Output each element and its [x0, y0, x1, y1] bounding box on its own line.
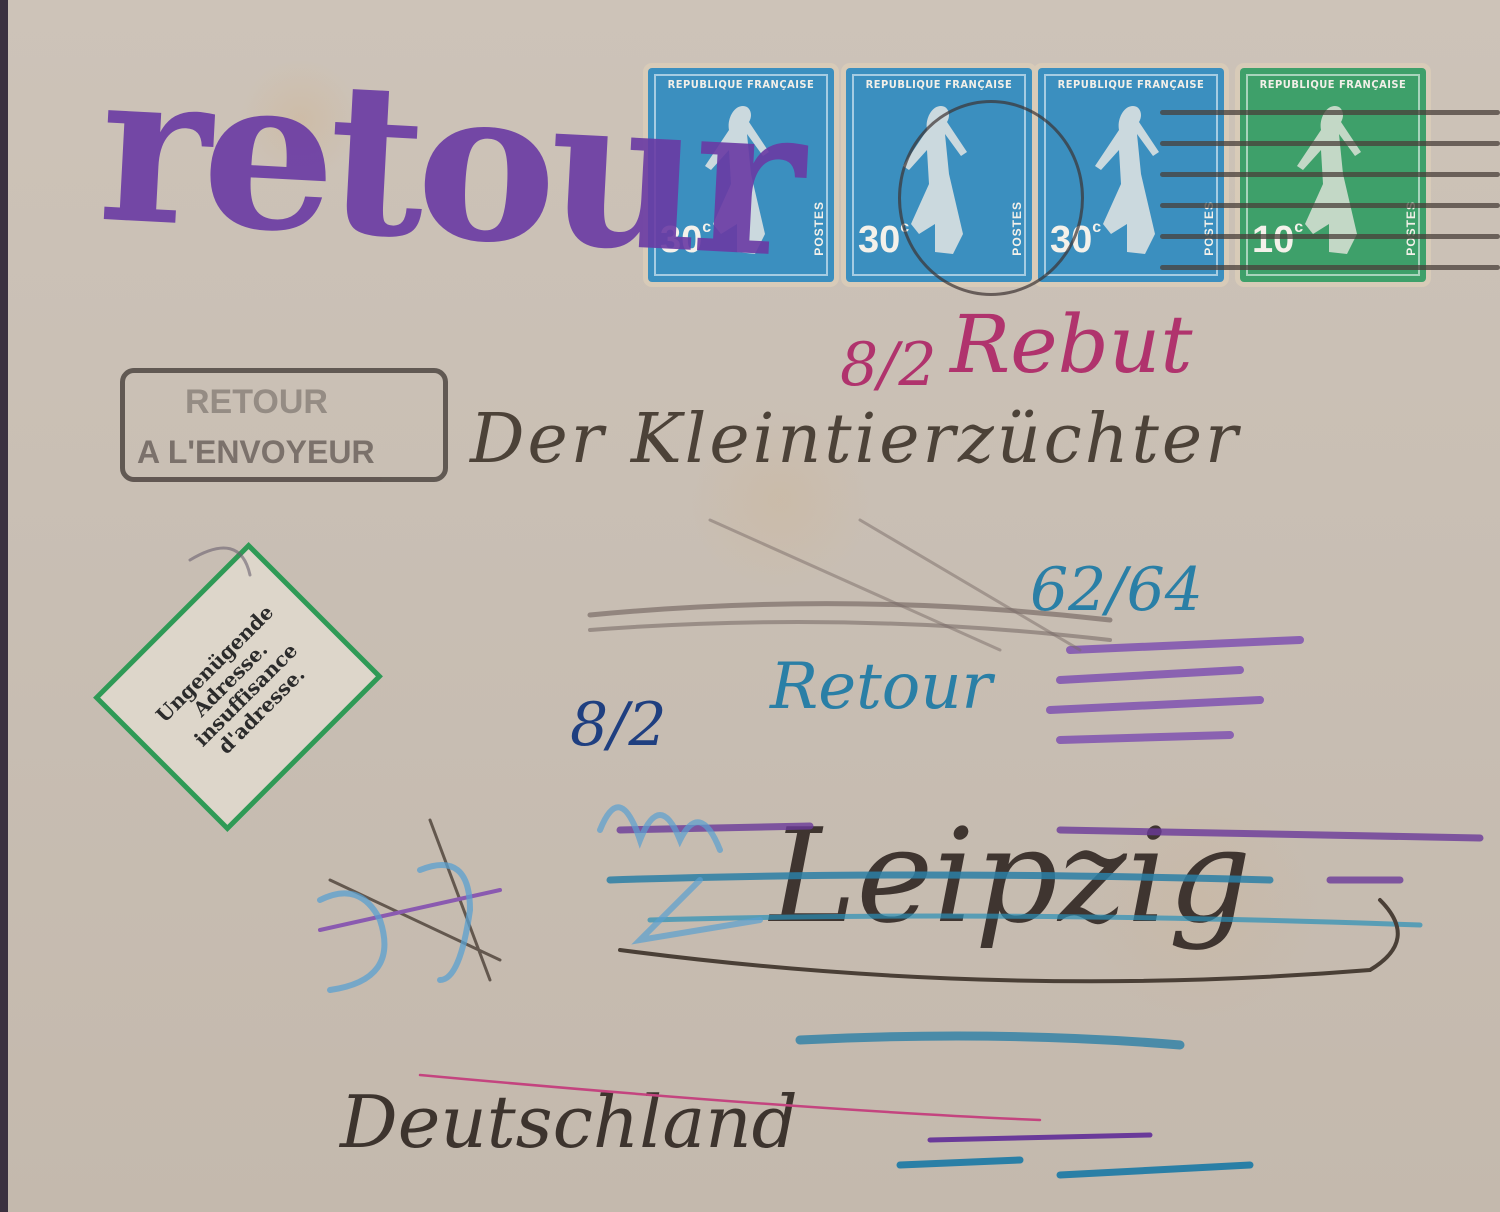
envelope: REPUBLIQUE FRANÇAISE 30c POSTES REPUBLIQ… — [0, 0, 1500, 1212]
crossout-scribbles — [0, 0, 1500, 1212]
